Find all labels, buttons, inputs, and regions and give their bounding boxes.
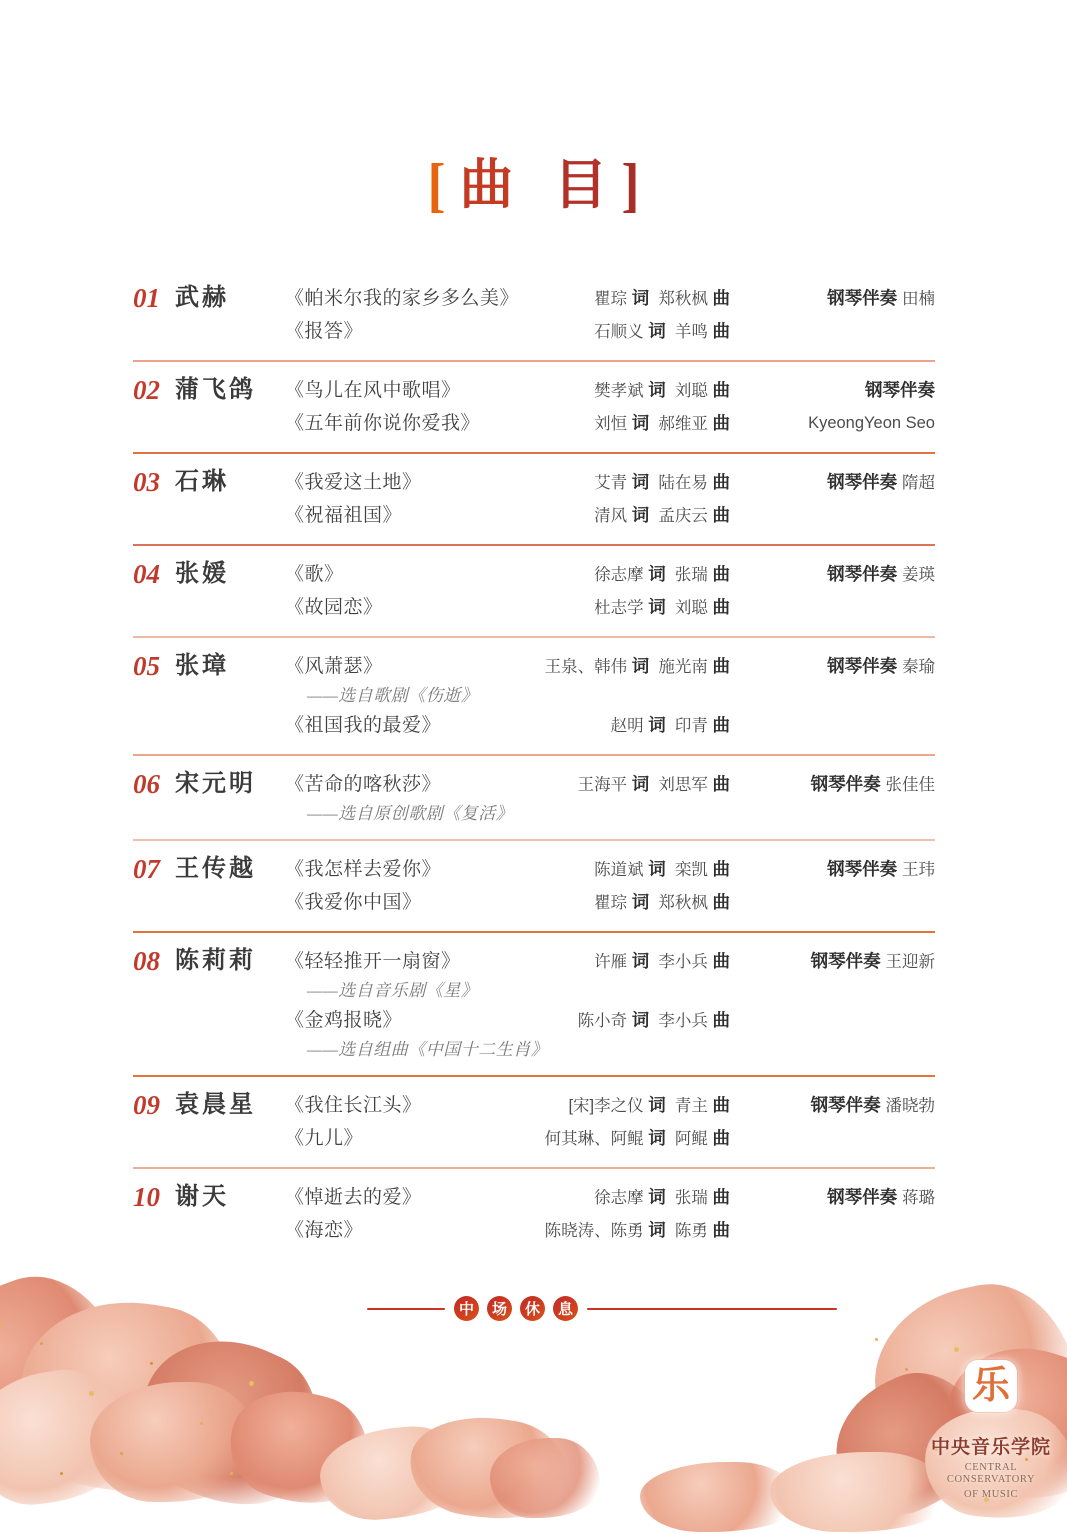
accompanist-column: 钢琴伴奏 秦瑜 (730, 650, 935, 683)
credit-name: 隋超 (902, 474, 935, 492)
page-root: [曲目] 01武赫《帕米尔我的家乡多么美》瞿琮 词 郑秋枫 曲《报答》石顺义 词… (0, 0, 1067, 1500)
song-title: 《鸟儿在风中歌唱》 (285, 375, 461, 407)
song-line: 《轻轻推开一扇窗》许雁 词 李小兵 曲 (285, 945, 730, 978)
credit-line: 许雁 词 李小兵 曲 (594, 945, 730, 978)
credit-name: 王玮 (902, 861, 935, 879)
credit-line: 徐志摩 词 张瑞 曲 (594, 558, 730, 591)
credit-name: 徐志摩 (594, 1189, 648, 1207)
song-line: 《我怎样去爱你》陈道斌 词 栾凯 曲 (285, 853, 730, 886)
flower-petal (0, 1255, 143, 1480)
flower-petal (115, 1311, 346, 1500)
song-line: 《鸟儿在风中歌唱》樊孝斌 词 刘聪 曲 (285, 374, 730, 407)
credit-role-label: 词 (648, 321, 666, 341)
row-number: 01 (133, 282, 175, 314)
conservatory-seal-icon: 乐 (965, 1360, 1017, 1412)
credit-name: 石顺义 (594, 323, 648, 341)
credit-name: 瞿琮 (594, 894, 632, 912)
song-column: 《帕米尔我的家乡多么美》瞿琮 词 郑秋枫 曲《报答》石顺义 词 羊鸣 曲 (285, 282, 730, 348)
credit-role-label: 词 (632, 951, 650, 971)
row-number: 08 (133, 945, 175, 977)
song-line: 《祖国我的最爱》赵明 词 印青 曲 (285, 709, 730, 742)
song-title: 《轻轻推开一扇窗》 (285, 946, 461, 978)
credit-role-label: 词 (632, 472, 650, 492)
row-number: 04 (133, 558, 175, 590)
song-title: 《故园恋》 (285, 592, 383, 624)
credit-role-label: 曲 (713, 715, 731, 735)
credit-role-label: 曲 (713, 1010, 731, 1030)
song-title: 《祝福祖国》 (285, 500, 402, 532)
song-title: 《海恋》 (285, 1215, 363, 1247)
song-line: 《故园恋》杜志学 词 刘聪 曲 (285, 591, 730, 624)
credit-name: 何其琳、阿鲲 (545, 1130, 649, 1148)
accompanist-column: 钢琴伴奏 姜瑛 (730, 558, 935, 591)
accompanist-column: 钢琴伴奏 隋超 (730, 466, 935, 499)
performer-name: 武赫 (175, 282, 285, 314)
song-title: 《金鸡报晓》 (285, 1005, 402, 1037)
accompanist-line: 钢琴伴奏 蒋璐 (730, 1181, 935, 1214)
performer-name: 袁晨星 (175, 1089, 285, 1121)
song-title: 《悼逝去的爱》 (285, 1182, 422, 1214)
credit-name: 郑秋枫 (649, 894, 712, 912)
title-bracket-right: ] (622, 150, 640, 219)
credit-role-label: 曲 (713, 1187, 731, 1207)
credit-name: 姜瑛 (902, 566, 935, 584)
row-number: 07 (133, 853, 175, 885)
program-row: 01武赫《帕米尔我的家乡多么美》瞿琮 词 郑秋枫 曲《报答》石顺义 词 羊鸣 曲… (133, 270, 935, 360)
row-number: 10 (133, 1181, 175, 1213)
performer-name: 张媛 (175, 558, 285, 590)
credit-role-label: 曲 (713, 597, 731, 617)
credit-name: 清风 (594, 507, 632, 525)
credit-role-label: 钢琴伴奏 (827, 564, 902, 584)
program-row: 08陈莉莉《轻轻推开一扇窗》许雁 词 李小兵 曲——选自音乐剧《星》《金鸡报晓》… (133, 933, 935, 1075)
credit-name: [宋]李之仪 (568, 1097, 648, 1115)
conservatory-logo: 乐 中央音乐学院 CENTRAL CONSERVATORY OF MUSIC (928, 1360, 1054, 1500)
accompanist-column: 钢琴伴奏 潘晓勃 (730, 1089, 935, 1122)
credit-role-label: 词 (648, 715, 666, 735)
conservatory-name-cn: 中央音乐学院 (928, 1432, 1054, 1459)
song-line: 《祝福祖国》清风 词 孟庆云 曲 (285, 499, 730, 532)
accompanist-line: 钢琴伴奏 潘晓勃 (730, 1089, 935, 1122)
song-note: ——选自组曲《中国十二生肖》 (285, 1037, 730, 1063)
credit-role-label: 词 (648, 1220, 666, 1240)
song-column: 《我住长江头》[宋]李之仪 词 青主 曲《九儿》何其琳、阿鲲 词 阿鲲 曲 (285, 1089, 730, 1155)
song-title: 《我爱你中国》 (285, 887, 422, 919)
song-column: 《悼逝去的爱》徐志摩 词 张瑞 曲《海恋》陈晓涛、陈勇 词 陈勇 曲 (285, 1181, 730, 1247)
flower-petal (90, 1382, 260, 1500)
credit-line: 瞿琮 词 郑秋枫 曲 (594, 282, 730, 315)
credit-role-label: 词 (632, 413, 650, 433)
credit-role-label: 钢琴伴奏 (865, 380, 935, 400)
song-line: 《九儿》何其琳、阿鲲 词 阿鲲 曲 (285, 1122, 730, 1155)
title-bracket-left: [ (428, 150, 446, 219)
credit-role-label: 钢琴伴奏 (827, 288, 902, 308)
accompanist-line: 钢琴伴奏 姜瑛 (730, 558, 935, 591)
song-note: ——选自音乐剧《星》 (285, 978, 730, 1004)
song-column: 《苦命的喀秋莎》王海平 词 刘思军 曲——选自原创歌剧《复活》 (285, 768, 730, 827)
program-row: 04张媛《歌》徐志摩 词 张瑞 曲《故园恋》杜志学 词 刘聪 曲钢琴伴奏 姜瑛 (133, 546, 935, 636)
credit-role-label: 钢琴伴奏 (827, 656, 902, 676)
row-number: 09 (133, 1089, 175, 1121)
credit-name: 田楠 (902, 290, 935, 308)
credit-line: 王泉、韩伟 词 施光南 曲 (545, 650, 730, 683)
performer-name: 张璋 (175, 650, 285, 682)
credit-name: 潘晓勃 (886, 1097, 936, 1115)
credit-name: 刘恒 (594, 415, 632, 433)
song-title: 《祖国我的最爱》 (285, 710, 441, 742)
song-line: 《五年前你说你爱我》刘恒 词 郝维亚 曲 (285, 407, 730, 440)
credit-name: 张瑞 (666, 566, 713, 584)
credit-role-label: 词 (632, 656, 650, 676)
accompanist-column: 钢琴伴奏KyeongYeon Seo (730, 374, 935, 439)
credit-role-label: 曲 (713, 321, 731, 341)
credit-role-label: 曲 (713, 1095, 731, 1115)
song-column: 《轻轻推开一扇窗》许雁 词 李小兵 曲——选自音乐剧《星》《金鸡报晓》陈小奇 词… (285, 945, 730, 1063)
flower-petal (640, 1462, 800, 1500)
title-char-1: 曲 (460, 154, 514, 216)
flower-petal (316, 1422, 473, 1500)
credit-role-label: 曲 (713, 413, 731, 433)
credit-line: 艾青 词 陆在易 曲 (594, 466, 730, 499)
credit-name: 秦瑜 (902, 658, 935, 676)
program-row: 10谢天《悼逝去的爱》徐志摩 词 张瑞 曲《海恋》陈晓涛、陈勇 词 陈勇 曲钢琴… (133, 1169, 935, 1259)
credit-role-label: 词 (632, 892, 650, 912)
credit-line: 瞿琮 词 郑秋枫 曲 (594, 886, 730, 919)
intermission-char-badge: 息 (553, 1296, 578, 1321)
song-line: 《苦命的喀秋莎》王海平 词 刘思军 曲 (285, 768, 730, 801)
performer-name: 蒲飞鸽 (175, 374, 285, 406)
accompanist-line: 钢琴伴奏 张佳佳 (730, 768, 935, 801)
credit-line: [宋]李之仪 词 青主 曲 (568, 1089, 730, 1122)
credit-role-label: 钢琴伴奏 (827, 859, 902, 879)
credit-role-label: 曲 (713, 951, 731, 971)
credit-name: 郝维亚 (649, 415, 712, 433)
credit-role-label: 词 (648, 859, 666, 879)
gold-sparkles (875, 1338, 878, 1341)
song-line: 《报答》石顺义 词 羊鸣 曲 (285, 315, 730, 348)
credit-role-label: 词 (632, 774, 650, 794)
credit-name: 阿鲲 (666, 1130, 713, 1148)
song-line: 《金鸡报晓》陈小奇 词 李小兵 曲 (285, 1004, 730, 1037)
row-number: 05 (133, 650, 175, 682)
intermission-char-badge: 休 (520, 1296, 545, 1321)
credit-line: 陈小奇 词 李小兵 曲 (578, 1004, 730, 1037)
credit-name: 张佳佳 (886, 776, 936, 794)
credit-name: 孟庆云 (649, 507, 712, 525)
intermission-banner: 中 场 休 息 (367, 1296, 837, 1321)
row-number: 06 (133, 768, 175, 800)
credit-role-label: 曲 (713, 892, 731, 912)
credit-role-label: 曲 (713, 1128, 731, 1148)
credit-role-label: 曲 (713, 288, 731, 308)
credit-name: 栾凯 (666, 861, 713, 879)
intermission-line-left (367, 1308, 445, 1310)
song-column: 《鸟儿在风中歌唱》樊孝斌 词 刘聪 曲《五年前你说你爱我》刘恒 词 郝维亚 曲 (285, 374, 730, 440)
credit-role-label: 曲 (713, 505, 731, 525)
accompanist-line: 钢琴伴奏 秦瑜 (730, 650, 935, 683)
accompanist-line: 钢琴伴奏 (730, 374, 935, 407)
flower-petal (490, 1438, 600, 1500)
credit-role-label: 钢琴伴奏 (827, 1187, 902, 1207)
credit-name: 陆在易 (649, 474, 712, 492)
credit-name: 李小兵 (649, 1012, 712, 1030)
credit-name: 印青 (666, 717, 713, 735)
performer-name: 谢天 (175, 1181, 285, 1213)
accompanist-column: 钢琴伴奏 蒋璐 (730, 1181, 935, 1214)
credit-line: 石顺义 词 羊鸣 曲 (594, 315, 730, 348)
song-note: ——选自原创歌剧《复活》 (285, 801, 730, 827)
credit-line: 陈道斌 词 栾凯 曲 (594, 853, 730, 886)
credit-name: 陈勇 (666, 1222, 713, 1240)
accompanist-line: 钢琴伴奏 田楠 (730, 282, 935, 315)
credit-name: 王迎新 (886, 953, 936, 971)
credit-name: 王海平 (578, 776, 632, 794)
flower-petal (0, 1361, 138, 1500)
flower-decoration-center (320, 1418, 580, 1500)
credit-role-label: 词 (632, 288, 650, 308)
program-row: 03石琳《我爱这土地》艾青 词 陆在易 曲《祝福祖国》清风 词 孟庆云 曲钢琴伴… (133, 454, 935, 544)
accompanist-line: KyeongYeon Seo (730, 407, 935, 439)
credit-name: 刘聪 (666, 382, 713, 400)
credit-role-label: 词 (648, 597, 666, 617)
song-title: 《我怎样去爱你》 (285, 854, 441, 886)
flower-decoration-bottom (640, 1452, 940, 1500)
credit-name: 徐志摩 (594, 566, 648, 584)
conservatory-name-en-1: CENTRAL CONSERVATORY (928, 1462, 1054, 1486)
row-number: 03 (133, 466, 175, 498)
song-title: 《风萧瑟》 (285, 651, 383, 683)
program-row: 02蒲飞鸽《鸟儿在风中歌唱》樊孝斌 词 刘聪 曲《五年前你说你爱我》刘恒 词 郝… (133, 362, 935, 452)
song-column: 《我爱这土地》艾青 词 陆在易 曲《祝福祖国》清风 词 孟庆云 曲 (285, 466, 730, 532)
credit-name: 陈小奇 (578, 1012, 632, 1030)
flower-petal (770, 1452, 950, 1500)
song-line: 《我爱这土地》艾青 词 陆在易 曲 (285, 466, 730, 499)
credit-name: KyeongYeon Seo (808, 414, 935, 432)
song-column: 《风萧瑟》王泉、韩伟 词 施光南 曲——选自歌剧《伤逝》《祖国我的最爱》赵明 词… (285, 650, 730, 742)
credit-name: 施光南 (649, 658, 712, 676)
song-line: 《歌》徐志摩 词 张瑞 曲 (285, 558, 730, 591)
credit-name: 杜志学 (594, 599, 648, 617)
song-title: 《苦命的喀秋莎》 (285, 769, 441, 801)
credit-name: 陈道斌 (594, 861, 648, 879)
song-line: 《帕米尔我的家乡多么美》瞿琮 词 郑秋枫 曲 (285, 282, 730, 315)
credit-role-label: 钢琴伴奏 (811, 951, 886, 971)
credit-name: 张瑞 (666, 1189, 713, 1207)
intermission-char-badge: 场 (487, 1296, 512, 1321)
credit-name: 艾青 (594, 474, 632, 492)
performer-name: 王传越 (175, 853, 285, 885)
credit-role-label: 曲 (713, 859, 731, 879)
credit-name: 羊鸣 (666, 323, 713, 341)
credit-line: 陈晓涛、陈勇 词 陈勇 曲 (545, 1214, 730, 1247)
credit-name: 蒋璐 (902, 1189, 935, 1207)
song-title: 《九儿》 (285, 1123, 363, 1155)
accompanist-line: 钢琴伴奏 王玮 (730, 853, 935, 886)
credit-line: 赵明 词 印青 曲 (611, 709, 730, 742)
program-row: 06宋元明《苦命的喀秋莎》王海平 词 刘思军 曲——选自原创歌剧《复活》钢琴伴奏… (133, 756, 935, 839)
song-title: 《歌》 (285, 559, 344, 591)
credit-role-label: 词 (648, 1128, 666, 1148)
program-row: 09袁晨星《我住长江头》[宋]李之仪 词 青主 曲《九儿》何其琳、阿鲲 词 阿鲲… (133, 1077, 935, 1167)
credit-role-label: 词 (648, 1187, 666, 1207)
program-row: 07王传越《我怎样去爱你》陈道斌 词 栾凯 曲《我爱你中国》瞿琮 词 郑秋枫 曲… (133, 841, 935, 931)
song-line: 《悼逝去的爱》徐志摩 词 张瑞 曲 (285, 1181, 730, 1214)
credit-name: 刘聪 (666, 599, 713, 617)
accompanist-column: 钢琴伴奏 张佳佳 (730, 768, 935, 801)
flower-petal (5, 1284, 255, 1500)
program-list: 01武赫《帕米尔我的家乡多么美》瞿琮 词 郑秋枫 曲《报答》石顺义 词 羊鸣 曲… (133, 270, 935, 1259)
performer-name: 宋元明 (175, 768, 285, 800)
song-title: 《我住长江头》 (285, 1090, 422, 1122)
credit-line: 王海平 词 刘思军 曲 (578, 768, 730, 801)
flower-decoration-left (0, 1262, 370, 1500)
credit-line: 何其琳、阿鲲 词 阿鲲 曲 (545, 1122, 730, 1155)
performer-name: 石琳 (175, 466, 285, 498)
credit-role-label: 词 (648, 564, 666, 584)
credit-line: 徐志摩 词 张瑞 曲 (594, 1181, 730, 1214)
credit-line: 杜志学 词 刘聪 曲 (594, 591, 730, 624)
song-title: 《帕米尔我的家乡多么美》 (285, 283, 519, 315)
credit-role-label: 词 (648, 380, 666, 400)
credit-name: 李小兵 (649, 953, 712, 971)
intermission-char-badge: 中 (454, 1296, 479, 1321)
credit-name: 刘思军 (649, 776, 712, 794)
gold-sparkles (0, 1322, 3, 1325)
accompanist-column: 钢琴伴奏 王玮 (730, 853, 935, 886)
credit-name: 樊孝斌 (594, 382, 648, 400)
program-row: 05张璋《风萧瑟》王泉、韩伟 词 施光南 曲——选自歌剧《伤逝》《祖国我的最爱》… (133, 638, 935, 754)
song-note: ——选自歌剧《伤逝》 (285, 683, 730, 709)
credit-name: 瞿琮 (594, 290, 632, 308)
credit-role-label: 钢琴伴奏 (811, 774, 886, 794)
credit-role-label: 曲 (713, 656, 731, 676)
credit-role-label: 钢琴伴奏 (811, 1095, 886, 1115)
song-line: 《我住长江头》[宋]李之仪 词 青主 曲 (285, 1089, 730, 1122)
credit-role-label: 词 (648, 1095, 666, 1115)
credit-name: 许雁 (594, 953, 632, 971)
accompanist-line: 钢琴伴奏 隋超 (730, 466, 935, 499)
intermission-line-right (587, 1308, 837, 1310)
conservatory-name-en-2: OF MUSIC (928, 1489, 1054, 1500)
row-number: 02 (133, 374, 175, 406)
credit-line: 樊孝斌 词 刘聪 曲 (594, 374, 730, 407)
credit-line: 清风 词 孟庆云 曲 (594, 499, 730, 532)
credit-role-label: 词 (632, 1010, 650, 1030)
accompanist-column: 钢琴伴奏 王迎新 (730, 945, 935, 978)
credit-role-label: 曲 (713, 1220, 731, 1240)
song-title: 《五年前你说你爱我》 (285, 408, 480, 440)
page-title: [曲目] (0, 148, 1067, 216)
credit-name: 青主 (666, 1097, 713, 1115)
flower-petal (404, 1407, 576, 1500)
credit-role-label: 曲 (713, 564, 731, 584)
song-column: 《歌》徐志摩 词 张瑞 曲《故园恋》杜志学 词 刘聪 曲 (285, 558, 730, 624)
credit-role-label: 曲 (713, 472, 731, 492)
credit-role-label: 曲 (713, 380, 731, 400)
song-title: 《报答》 (285, 316, 363, 348)
credit-name: 王泉、韩伟 (545, 658, 632, 676)
accompanist-line: 钢琴伴奏 王迎新 (730, 945, 935, 978)
credit-role-label: 钢琴伴奏 (827, 472, 902, 492)
credit-name: 郑秋枫 (649, 290, 712, 308)
song-line: 《海恋》陈晓涛、陈勇 词 陈勇 曲 (285, 1214, 730, 1247)
performer-name: 陈莉莉 (175, 945, 285, 977)
accompanist-column: 钢琴伴奏 田楠 (730, 282, 935, 315)
credit-name: 赵明 (611, 717, 649, 735)
title-char-2: 目 (554, 154, 608, 216)
credit-role-label: 曲 (713, 774, 731, 794)
credit-role-label: 词 (632, 505, 650, 525)
flower-petal (218, 1376, 382, 1500)
song-line: 《风萧瑟》王泉、韩伟 词 施光南 曲 (285, 650, 730, 683)
credit-line: 刘恒 词 郝维亚 曲 (594, 407, 730, 440)
song-line: 《我爱你中国》瞿琮 词 郑秋枫 曲 (285, 886, 730, 919)
credit-name: 陈晓涛、陈勇 (545, 1222, 649, 1240)
song-column: 《我怎样去爱你》陈道斌 词 栾凯 曲《我爱你中国》瞿琮 词 郑秋枫 曲 (285, 853, 730, 919)
song-title: 《我爱这土地》 (285, 467, 422, 499)
